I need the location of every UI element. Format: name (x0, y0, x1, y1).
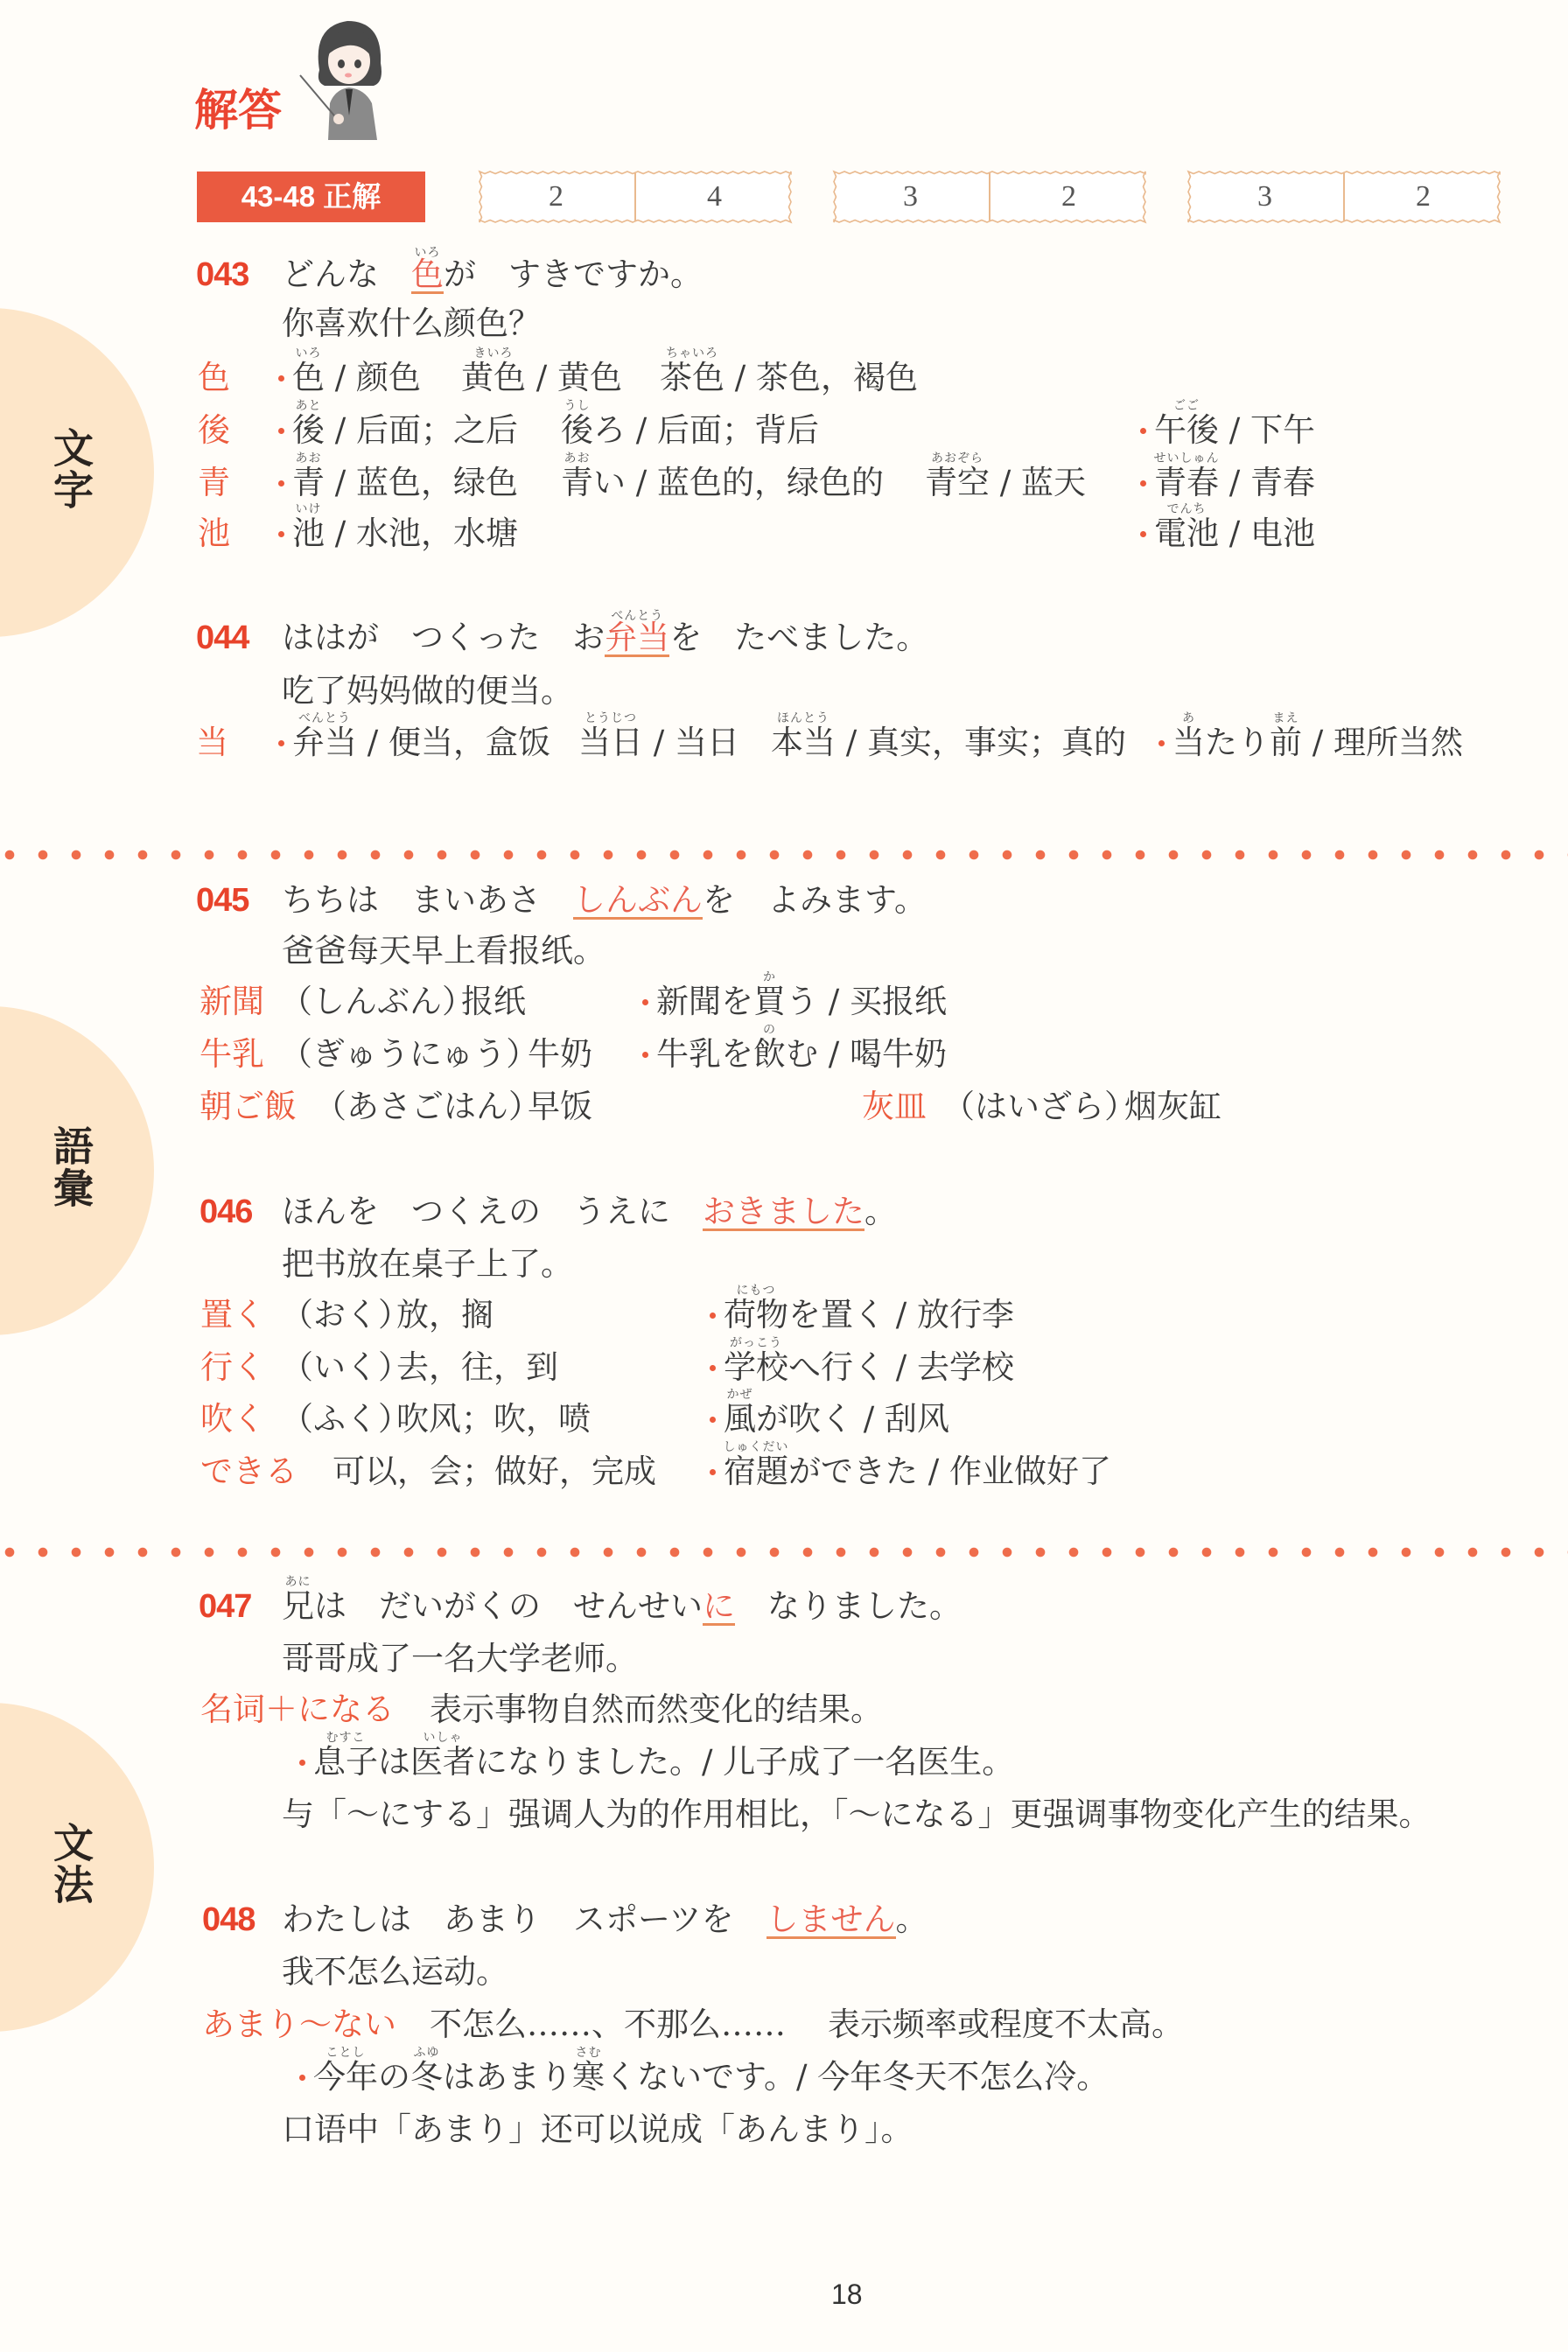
text-run: ができた / 作业做好了 (788, 1452, 1111, 1490)
furigana-reading: まえ (1273, 712, 1299, 724)
vocab-example: 新聞を買かう / 买报纸 (637, 983, 947, 1021)
vocab-example: 青空あおぞら / 蓝天 (925, 464, 1086, 502)
answer-underline: おきました (703, 1195, 864, 1231)
text-run: / 下午 (1219, 411, 1315, 449)
furigana-reading: ちゃいろ (666, 347, 718, 360)
answer-046: 2 (990, 169, 1148, 225)
vocab-example: 後うしろ / 后面；背后 (561, 411, 819, 450)
dotted-divider (0, 1546, 1568, 1558)
vocab-meaning: 放，搁 (396, 1296, 493, 1334)
vocab-example: 荷物にもつを置く / 放行李 (704, 1296, 1014, 1334)
vocab-example-text: 学校がっこうへ行く / 去学校 (724, 1348, 1014, 1386)
question-number: 044 (196, 619, 248, 657)
furigana-word: 前まえ (1270, 724, 1302, 762)
text-run: の (378, 2058, 410, 2096)
question-number: 045 (196, 881, 248, 920)
text-run: 表示频率或程度不太高。 (828, 2005, 1184, 2043)
kanji-head: 当 (196, 724, 228, 762)
text-run: / 水池，水塘 (325, 514, 518, 552)
kanji-head: 青 (198, 464, 230, 502)
vocab-example-text: 後あと / 后面；之后 (292, 411, 518, 449)
text-run: / 后面；之后 (325, 411, 518, 449)
furigana-word: 当あ (1172, 724, 1205, 762)
vocab-reading: （ふく） (281, 1400, 410, 1438)
question-sentence: ちちは まいあさ しんぶんを よみます。 (282, 881, 927, 920)
text-run: 新聞を (656, 983, 753, 1020)
furigana-word: 当日とうじつ (578, 724, 643, 762)
answer-underline: しんぶん (573, 884, 703, 920)
question-number: 048 (202, 1900, 255, 1939)
text-run: / 理所当然 (1302, 724, 1463, 761)
furigana-reading: の (763, 1024, 776, 1036)
vocab-example-text: 青春せいしゅん / 青春 (1154, 464, 1315, 501)
furigana-word: 後あと (292, 411, 325, 450)
answer-page: 文字 語彙 文法 解答 43-48 正解 2 4 3 2 3 2 043 どんな… (0, 0, 1568, 2352)
text-run: どんな (282, 255, 411, 293)
grammar-explanation: 表示事物自然而然变化的结果。 (430, 1690, 883, 1729)
vocab-head: 吹く (200, 1400, 265, 1438)
question-translation: 把书放在桌子上了。 (282, 1245, 573, 1284)
vocab-example-text: 牛乳を飲のむ / 喝牛奶 (656, 1035, 947, 1073)
text-run: / 蓝色，绿色 (325, 464, 518, 501)
text-run: しんぶん (573, 881, 703, 919)
text-run: む / 喝牛奶 (786, 1035, 947, 1073)
ruby-base: 色 (411, 255, 444, 293)
furigana-reading: あと (296, 400, 322, 412)
text-run: が すきですか。 (444, 255, 703, 293)
vocab-example: 青あおい / 蓝色的，绿色的 (561, 464, 884, 502)
vocab-example: 黄色きいろ / 黄色 (461, 359, 622, 397)
kanji-head: 後 (198, 411, 230, 450)
vocab-example-text: 荷物にもつを置く / 放行李 (724, 1296, 1014, 1333)
furigana-word: 荷物にもつ (724, 1296, 788, 1334)
vocab-meaning: 烟灰缸 (1124, 1088, 1221, 1126)
vocab-meaning: 报纸 (461, 983, 526, 1021)
vocab-example: 宿題しゅくだいができた / 作业做好了 (704, 1452, 1111, 1491)
vocab-example-text: 池いけ / 水池，水塘 (292, 514, 518, 552)
furigana-word: 医者いしゃ (410, 1743, 475, 1781)
vocab-example-text: 電池でんち / 电池 (1154, 514, 1315, 552)
ruby-base: 飲 (753, 1035, 786, 1073)
furigana-reading: あ (1182, 712, 1195, 724)
grammar-example-text: 今年ことしの冬ふゆはあまり寒さむくないです。/ 今年冬天不怎么冷。 (313, 2058, 1109, 2096)
vocab-example: 弁当べんとう / 便当，盒饭 (273, 724, 550, 762)
vocab-example-text: 風かぜが吹く / 刮风 (724, 1400, 949, 1438)
ruby-base: 後 (292, 411, 325, 449)
text-run: 早饭 (528, 1088, 592, 1125)
furigana-word: 買か (753, 983, 786, 1021)
text-run: 。 (864, 1193, 897, 1230)
text-run: / 电池 (1219, 514, 1315, 552)
teacher-illustration (293, 9, 398, 140)
text-run: 烟灰缸 (1124, 1088, 1221, 1125)
ruby-base: 当 (1172, 724, 1205, 761)
vocab-example-text: 色いろ / 颜色 (292, 359, 421, 396)
page-number: 18 (831, 2278, 863, 2311)
vocab-example: 色いろ / 颜色 (273, 359, 421, 397)
bullet-icon (273, 514, 292, 553)
text-run: （ぎゅうにゅう） (280, 1035, 538, 1073)
furigana-word: 青春せいしゅん (1154, 464, 1219, 502)
furigana-reading: あお (564, 452, 591, 465)
furigana-word: 青あお (292, 464, 325, 502)
ruby-base: 冬 (410, 2058, 443, 2096)
text-run: なりました。 (735, 1587, 962, 1625)
furigana-reading: むすこ (326, 1732, 366, 1744)
vocab-example: 池いけ / 水池，水塘 (273, 514, 518, 553)
furigana-word: 後うし (561, 411, 593, 450)
text-run: へ行く / 去学校 (788, 1348, 1014, 1386)
vocab-reading: （おく） (281, 1296, 410, 1334)
text-run: わたしは あまり スポーツを (282, 1900, 766, 1938)
vocab-example: 青あお / 蓝色，绿色 (273, 464, 518, 502)
ruby-base: 前 (1270, 724, 1302, 761)
question-translation: 你喜欢什么颜色？ (282, 304, 541, 343)
furigana-word: 息子むすこ (313, 1743, 378, 1781)
text-run: （いく） (281, 1348, 410, 1386)
ruby-base: 茶色 (660, 359, 724, 396)
question-number: 047 (199, 1587, 251, 1626)
grammar-explanation: 表示频率或程度不太高。 (828, 2005, 1184, 2044)
text-run: 去，往，到 (396, 1348, 558, 1386)
ruby-base: 青空 (925, 464, 990, 501)
page-title: 解答 (194, 84, 282, 136)
vocab-head: 灰皿 (862, 1088, 927, 1126)
bullet-icon (704, 1296, 724, 1334)
furigana-reading: ほんとう (777, 712, 829, 724)
furigana-reading: でんち (1167, 503, 1207, 515)
vocab-meaning: 吹风；吹，喷 (396, 1400, 591, 1438)
text-run: / 便当，盒饭 (357, 724, 550, 761)
vocab-meaning: 可以，会；做好，完成 (332, 1452, 656, 1491)
question-sentence: ははが つくった お弁当べんとうを たべました。 (282, 619, 928, 657)
text-run: ははが つくった お (282, 619, 605, 656)
vocab-head: 牛乳 (199, 1035, 264, 1074)
vocab-example-text: 午後ごご / 下午 (1154, 411, 1315, 449)
furigana-reading: あおぞら (931, 452, 983, 465)
text-run: 吹风；吹，喷 (396, 1400, 591, 1438)
text-run: たり (1205, 724, 1270, 761)
furigana-reading: べんとう (298, 712, 351, 724)
ruby-base: 青 (292, 464, 325, 501)
ruby-base: 電池 (1154, 514, 1219, 552)
grammar-note: 口语中「あまり」还可以说成「あんまり」。 (282, 2110, 913, 2149)
ruby-base: 弁当 (605, 619, 669, 656)
ruby-base: 荷物 (724, 1296, 788, 1333)
answer-underline: しません (766, 1903, 896, 1939)
furigana-reading: いけ (296, 503, 322, 515)
question-sentence: ほんを つくえの うえに おきました。 (282, 1193, 897, 1231)
question-number: 043 (196, 255, 248, 294)
furigana-reading: とうじつ (584, 712, 637, 724)
vocab-reading: （しんぶん） (280, 983, 474, 1021)
text-run: 与「～にする」强调人为的作用相比，「～になる」更强调事物变化产生的结果。 (282, 1795, 1431, 1833)
question-translation: 哥哥成了一名大学老师。 (282, 1640, 638, 1678)
answer-043: 2 (477, 169, 635, 225)
furigana-reading: さむ (576, 2047, 602, 2059)
question-sentence: わたしは あまり スポーツを しません。 (282, 1900, 928, 1939)
bullet-icon (273, 359, 292, 397)
bullet-icon (1135, 411, 1154, 450)
text-run: / 黄色 (526, 359, 622, 396)
furigana-word: 青あお (561, 464, 593, 502)
vocab-example: 青春せいしゅん / 青春 (1135, 464, 1315, 502)
vocab-example: 牛乳を飲のむ / 喝牛奶 (637, 1035, 947, 1074)
bullet-icon (273, 411, 292, 450)
furigana-word: 色いろ (292, 359, 325, 397)
furigana-reading: いろ (415, 247, 441, 259)
text-run: は (378, 1743, 410, 1781)
vocab-example: 風かぜが吹く / 刮风 (704, 1400, 949, 1438)
text-run: くないです。/ 今年冬天不怎么冷。 (605, 2058, 1109, 2096)
furigana-reading: いしゃ (423, 1732, 463, 1744)
ruby-base: 本当 (771, 724, 836, 761)
text-run: に (703, 1587, 735, 1625)
vocab-example: 電池でんち / 电池 (1135, 514, 1315, 553)
bullet-icon (704, 1452, 724, 1491)
text-run: 不怎么……、不那么…… (430, 2005, 786, 2043)
answer-047: 3 (1186, 169, 1344, 225)
bullet-icon (1135, 514, 1154, 553)
vocab-reading: （あさごはん） (314, 1088, 541, 1126)
grammar-example: 息子むすこは医者いしゃになりました。/ 儿子成了一名医生。 (294, 1743, 1014, 1781)
vocab-meaning: 去，往，到 (396, 1348, 558, 1387)
text-run: 表示事物自然而然变化的结果。 (430, 1690, 883, 1728)
bullet-icon (637, 983, 656, 1021)
answer-key-label: 43-48 正解 (197, 171, 425, 222)
answer-group-2: 3 2 (831, 169, 1148, 225)
text-run: （おく） (281, 1296, 410, 1333)
ruby-base: 医者 (410, 1743, 475, 1781)
text-run: （ふく） (281, 1400, 410, 1438)
furigana-word: 青空あおぞら (925, 464, 990, 502)
section-tab-moji: 文字 (49, 427, 93, 511)
grammar-head: 名词＋になる (200, 1690, 395, 1729)
answer-group-3: 3 2 (1186, 169, 1502, 225)
question-translation: 我不怎么运动。 (282, 1953, 508, 1991)
text-run: 口语中「あまり」还可以说成「あんまり」。 (282, 2110, 913, 2148)
vocab-example: 当日とうじつ / 当日 (578, 724, 739, 762)
answer-underline: 弁当べんとう (605, 621, 669, 657)
furigana-word: 兄あに (282, 1587, 314, 1626)
vocab-example: 午後ごご / 下午 (1135, 411, 1315, 450)
vocab-example-text: 弁当べんとう / 便当，盒饭 (292, 724, 550, 761)
text-run: おきました (703, 1193, 864, 1230)
answer-group-1: 2 4 (477, 169, 794, 225)
section-tab-goi: 語彙 (49, 1125, 93, 1209)
ruby-base: 池 (292, 514, 325, 552)
grammar-meaning: 不怎么……、不那么…… (430, 2005, 786, 2044)
bullet-icon (704, 1400, 724, 1438)
vocab-example: 当あたり前まえ / 理所当然 (1153, 724, 1463, 762)
ruby-base: 青春 (1154, 464, 1219, 501)
text-run: を たべました。 (669, 619, 928, 656)
text-run: / 颜色 (325, 359, 421, 396)
ruby-base: 宿題 (724, 1452, 788, 1490)
text-run: は だいがくの せんせい (314, 1587, 703, 1625)
text-run: 报纸 (461, 983, 526, 1020)
grammar-note: 与「～にする」强调人为的作用相比，「～になる」更强调事物变化产生的结果。 (282, 1795, 1431, 1834)
ruby-base: 色 (292, 359, 325, 396)
ruby-base: 当日 (578, 724, 643, 761)
furigana-word: 午後ごご (1154, 411, 1219, 450)
text-run: が吹く / 刮风 (756, 1400, 949, 1438)
vocab-reading: （ぎゅうにゅう） (280, 1035, 538, 1074)
ruby-base: 午後 (1154, 411, 1219, 449)
vocab-example-text: 青あお / 蓝色，绿色 (292, 464, 518, 501)
furigana-word: 弁当べんとう (292, 724, 357, 762)
furigana-reading: ふゆ (414, 2047, 440, 2059)
vocab-head: 行く (200, 1348, 265, 1387)
text-run: （しんぶん） (280, 983, 474, 1020)
furigana-word: 冬ふゆ (410, 2058, 443, 2096)
ruby-base: 弁当 (292, 724, 357, 761)
furigana-reading: しゅくだい (724, 1441, 789, 1453)
question-sentence: 兄あには だいがくの せんせいに なりました。 (282, 1587, 962, 1626)
furigana-reading: がっこう (730, 1337, 782, 1349)
vocab-example-text: 当あたり前まえ / 理所当然 (1172, 724, 1463, 761)
furigana-word: 学校がっこう (724, 1348, 788, 1387)
vocab-example: 茶色ちゃいろ / 茶色，褐色 (660, 359, 918, 397)
dotted-divider (0, 849, 1568, 861)
vocab-example: 本当ほんとう / 真实，事实；真的 (771, 724, 1126, 762)
kanji-head: 池 (198, 514, 230, 553)
vocab-meaning: 早饭 (528, 1088, 592, 1126)
furigana-reading: ことし (326, 2047, 366, 2059)
text-run: 牛乳を (656, 1035, 753, 1073)
furigana-reading: きいろ (474, 347, 514, 360)
text-run: ちちは まいあさ (282, 881, 573, 919)
furigana-word: 宿題しゅくだい (724, 1452, 788, 1491)
vocab-example-text: 宿題しゅくだいができた / 作业做好了 (724, 1452, 1111, 1490)
kanji-head: 色 (198, 359, 230, 397)
ruby-base: 今年 (313, 2058, 378, 2096)
vocab-meaning: 牛奶 (528, 1035, 592, 1074)
furigana-word: 寒さむ (572, 2058, 605, 2096)
ruby-base: 黄色 (461, 359, 526, 396)
text-run: / 当日 (643, 724, 739, 761)
furigana-word: 電池でんち (1154, 514, 1219, 553)
bullet-icon (637, 1035, 656, 1074)
answer-048: 2 (1344, 169, 1502, 225)
bullet-icon (1153, 724, 1172, 762)
text-run: はあまり (443, 2058, 572, 2096)
furigana-word: 今年ことし (313, 2058, 378, 2096)
furigana-word: 風かぜ (724, 1400, 756, 1438)
text-run: い / 蓝色的，绿色的 (593, 464, 884, 501)
answer-underline: に (703, 1590, 735, 1626)
ruby-base: 学校 (724, 1348, 788, 1386)
furigana-reading: にもつ (737, 1284, 776, 1297)
grammar-example: 今年ことしの冬ふゆはあまり寒さむくないです。/ 今年冬天不怎么冷。 (294, 2058, 1109, 2096)
ruby-base: 青 (561, 464, 593, 501)
bullet-icon (294, 2058, 313, 2096)
vocab-head: 新聞 (199, 983, 264, 1021)
ruby-base: 兄 (282, 1587, 314, 1625)
furigana-reading: ごご (1173, 400, 1200, 412)
text-run: （あさごはん） (314, 1088, 541, 1125)
answer-underline: 色いろ (411, 258, 444, 294)
bullet-icon (273, 464, 292, 502)
furigana-word: 飲の (753, 1035, 786, 1074)
text-run: う / 买报纸 (786, 983, 947, 1020)
vocab-example: 学校がっこうへ行く / 去学校 (704, 1348, 1014, 1387)
text-run: 。 (896, 1900, 928, 1938)
answer-045: 3 (831, 169, 990, 225)
text-run: になりました。/ 儿子成了一名医生。 (475, 1743, 1014, 1781)
furigana-reading: うし (564, 400, 591, 412)
furigana-reading: かぜ (727, 1389, 753, 1401)
text-run: / 蓝天 (990, 464, 1086, 501)
furigana-reading: べんとう (611, 610, 663, 622)
furigana-reading: いろ (296, 347, 322, 360)
furigana-word: 本当ほんとう (771, 724, 836, 762)
bullet-icon (1135, 464, 1154, 502)
text-run: しません (766, 1900, 896, 1938)
text-run: 放，搁 (396, 1296, 493, 1333)
section-tab-bunpo: 文法 (49, 1822, 93, 1906)
ruby-base: 買 (753, 983, 786, 1020)
ruby-base: 後 (561, 411, 593, 449)
furigana-reading: せいしゅん (1154, 452, 1220, 465)
grammar-head: あまり～ない (202, 2005, 396, 2044)
vocab-example-text: 新聞を買かう / 买报纸 (656, 983, 947, 1020)
ruby-base: 息子 (313, 1743, 378, 1781)
furigana-reading: あに (285, 1576, 311, 1588)
question-translation: 爸爸每天早上看报纸。 (282, 932, 605, 970)
grammar-example-text: 息子むすこは医者いしゃになりました。/ 儿子成了一名医生。 (313, 1743, 1014, 1781)
text-run: を よみます。 (703, 881, 927, 919)
furigana-word: 色いろ (411, 258, 444, 291)
vocab-reading: （はいざら） (942, 1088, 1137, 1126)
text-run: / 茶色，褐色 (724, 359, 918, 396)
text-run: 牛奶 (528, 1035, 592, 1073)
furigana-word: 池いけ (292, 514, 325, 553)
text-run: （はいざら） (942, 1088, 1137, 1125)
vocab-head: できる (200, 1452, 297, 1491)
text-run: ろ / 后面；背后 (593, 411, 819, 449)
furigana-reading: か (763, 971, 776, 983)
question-sentence: どんな 色いろが すきですか。 (282, 255, 703, 294)
furigana-word: 茶色ちゃいろ (660, 359, 724, 397)
ruby-base: 風 (724, 1400, 756, 1438)
text-run: / 青春 (1219, 464, 1315, 501)
text-run: を置く / 放行李 (788, 1296, 1014, 1333)
vocab-head: 置く (200, 1296, 265, 1334)
bullet-icon (704, 1348, 724, 1387)
ruby-base: 寒 (572, 2058, 605, 2096)
furigana-reading: あお (296, 452, 322, 465)
bullet-icon (273, 724, 292, 762)
text-run: ほんを つくえの うえに (282, 1193, 703, 1230)
bullet-icon (294, 1743, 313, 1781)
vocab-reading: （いく） (281, 1348, 410, 1387)
vocab-head: 朝ご飯 (199, 1088, 297, 1126)
question-number: 046 (199, 1193, 252, 1231)
text-run: 可以，会；做好，完成 (332, 1452, 656, 1490)
question-translation: 吃了妈妈做的便当。 (282, 672, 573, 710)
vocab-example: 後あと / 后面；之后 (273, 411, 518, 450)
furigana-word: 黄色きいろ (461, 359, 526, 397)
text-run: / 真实，事实；真的 (836, 724, 1126, 761)
answer-044: 4 (635, 169, 794, 225)
furigana-word: 弁当べんとう (605, 621, 669, 654)
